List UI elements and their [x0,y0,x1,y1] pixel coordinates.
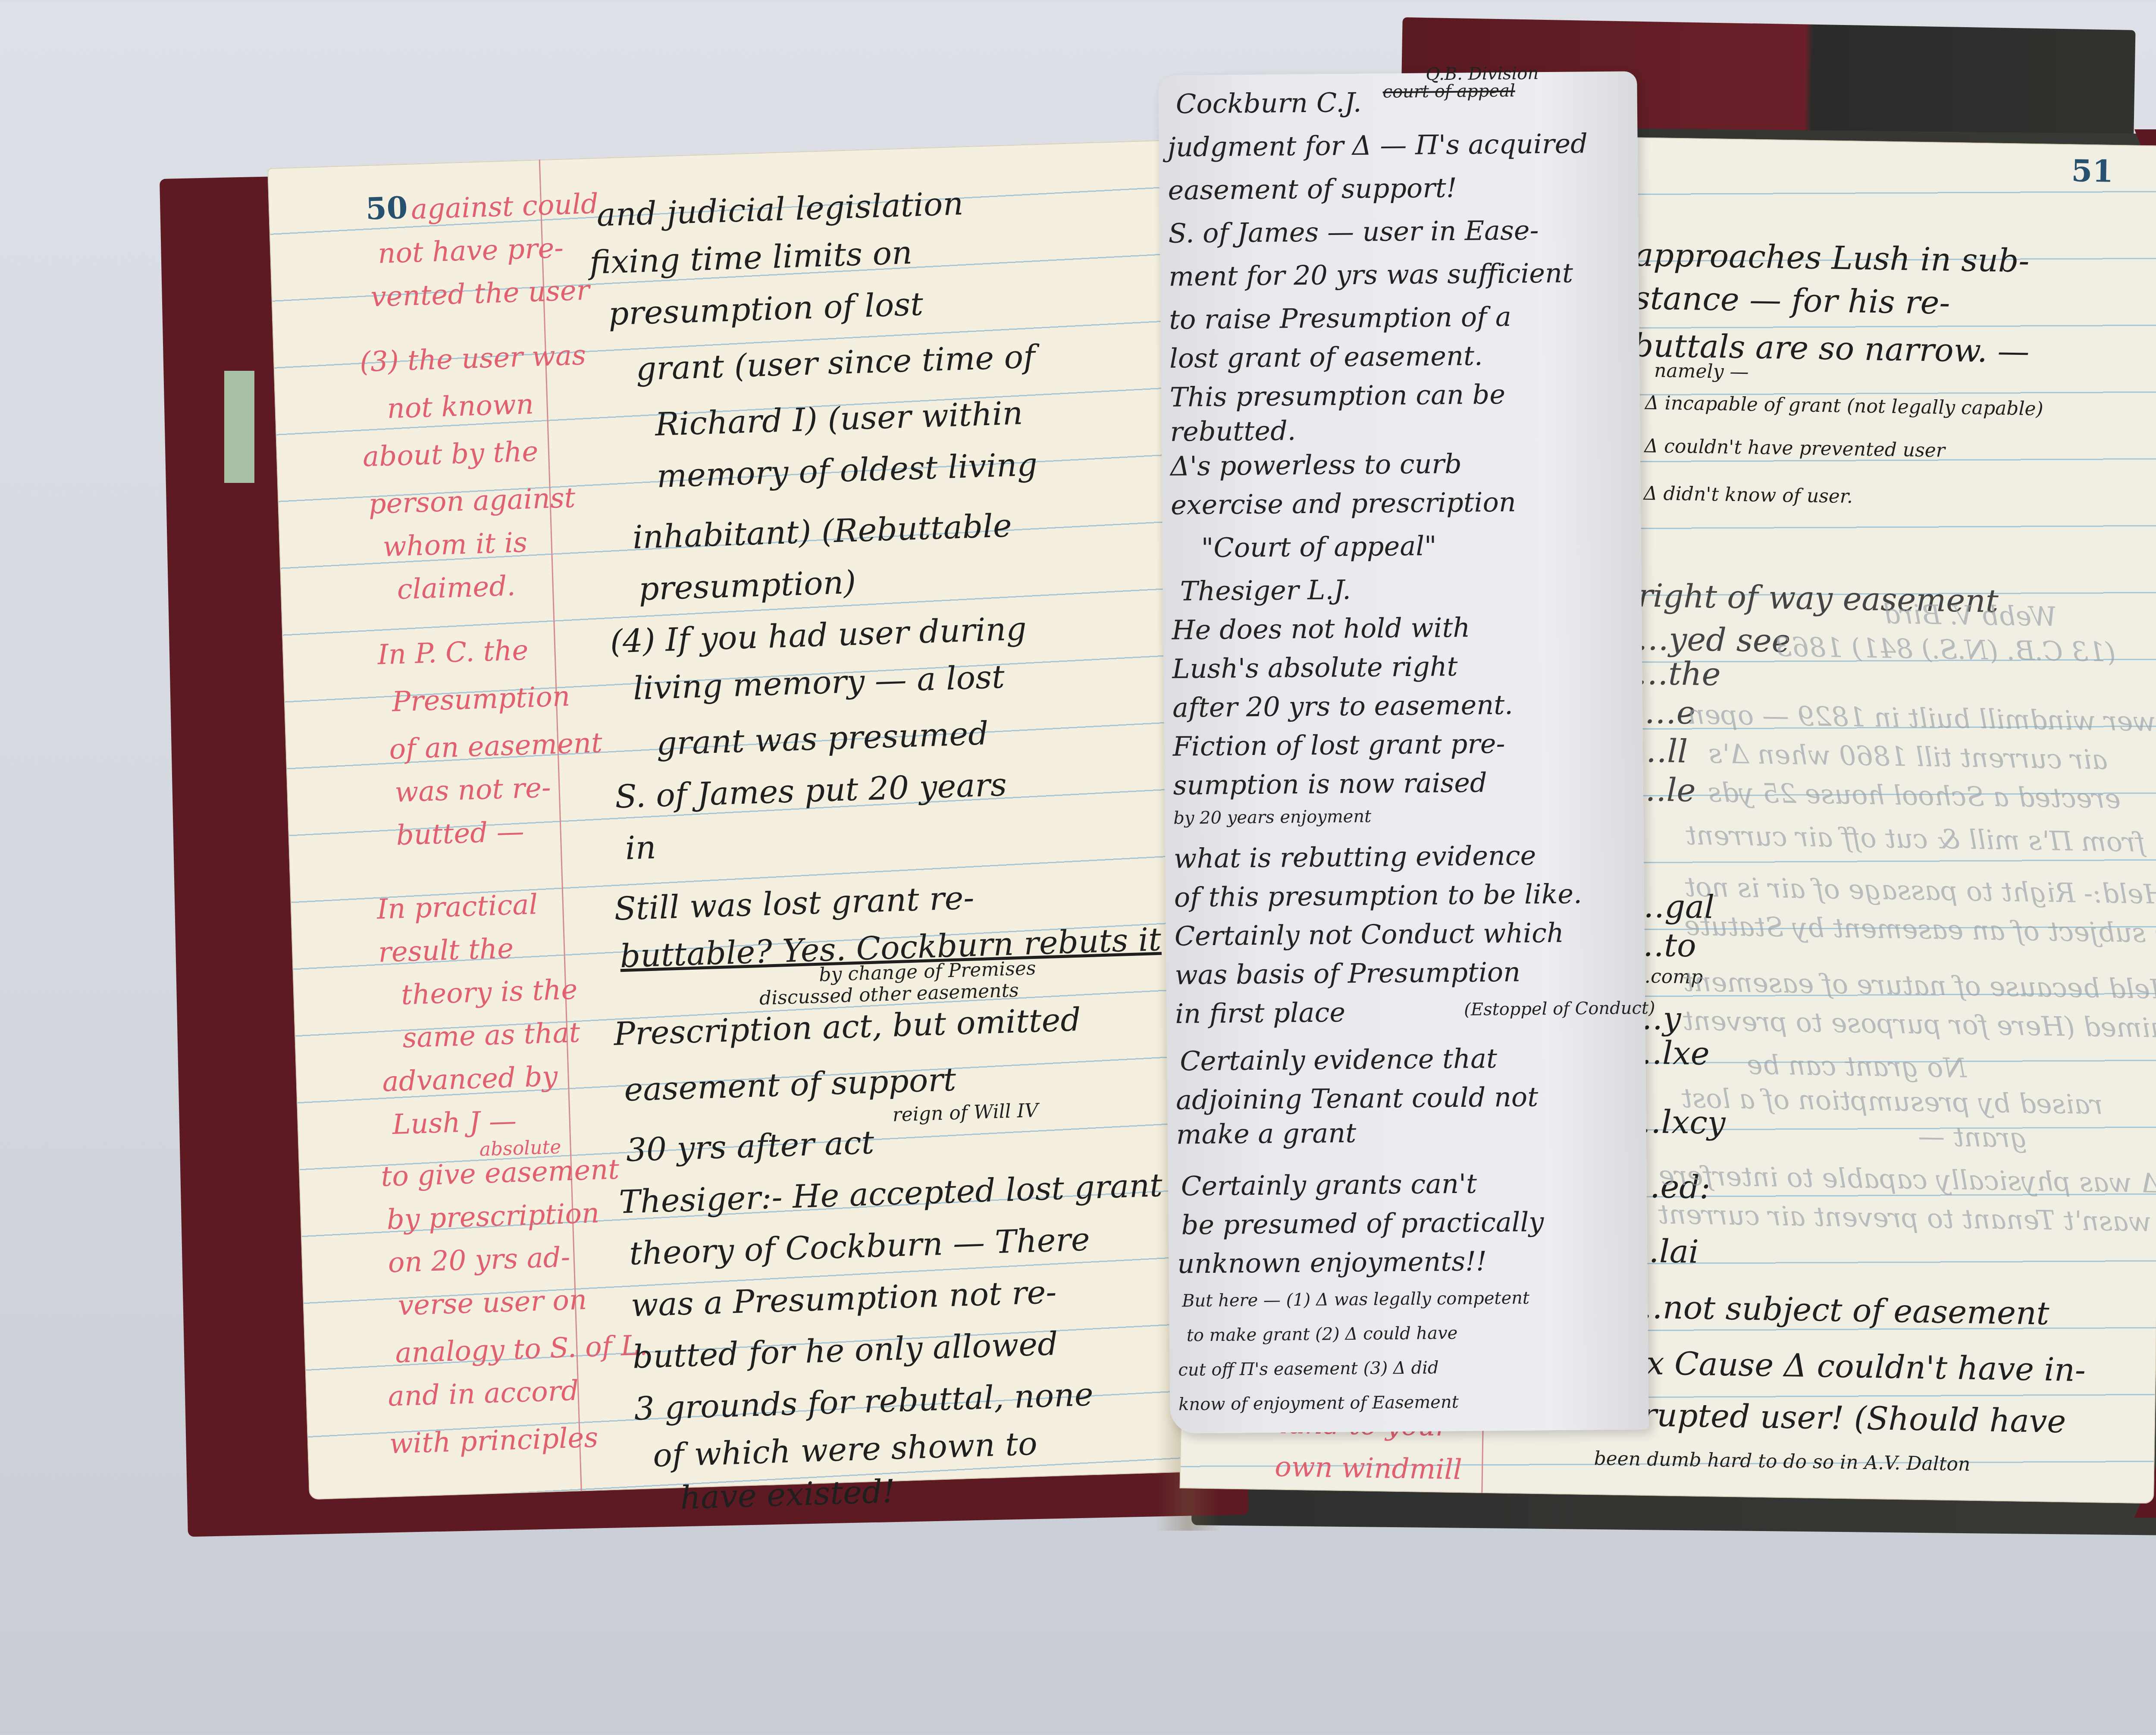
margin-note: (3) the user was [359,339,586,378]
margin-note: result the [378,933,514,969]
slip-line: after 20 yrs to easement. [1172,689,1513,723]
slip-line: lost grant of easement. [1169,340,1483,374]
body-line: presumption of lost [608,285,924,332]
slip-line: He does not hold with [1172,612,1470,646]
slip-line: Certainly not Conduct which [1174,917,1564,952]
body-line: …ex Cause Δ couldn't have in- [1595,1344,2086,1389]
body-line: in [625,829,657,867]
bleed-through-text: Held because of nature of easement [1683,966,2156,1005]
slip-line: But here — (1) Δ was legally competent [1182,1288,1529,1311]
margin-note: Lush J — [392,1105,517,1141]
margin-note: butted — [396,816,525,852]
margin-note: Presumption [392,681,570,718]
slip-line: "Court of appeal" [1201,530,1437,564]
body-line: grant (user since time of [636,338,1036,388]
slip-line: easement of support! [1168,172,1457,206]
margin-note: person against [368,482,576,520]
slip-line: This presumption can be [1169,379,1505,413]
bleed-through-text: erected a School house 25 yds [1708,777,2121,814]
margin-note: against could [411,188,599,226]
body-line: stance — for his re- [1633,279,1950,322]
page-50: 50 against could not have pre- vented th… [267,139,1227,1500]
slip-line: exercise and prescription [1171,486,1516,521]
body-line: Δ couldn't have prevented user [1644,435,1945,462]
margin-note: to give easement [380,1154,620,1193]
margin-note: not have pre- [377,232,564,270]
body-line: Still was lost grant re- [614,879,975,927]
slip-line: judgment for Δ — Π's acquired [1167,128,1588,163]
body-line: approaches Lush in sub- [1634,236,2030,279]
slip-line: (Estoppel of Conduct) [1464,998,1655,1020]
margin-note: was not re- [394,772,551,808]
slip-line: Fiction of lost grant pre- [1173,728,1505,762]
bleed-through-text: claimed (Here for purpose to prevent [1683,1005,2156,1044]
body-line: 3 grounds for rebuttal, none [633,1376,1094,1427]
slip-line: was basis of Presumption [1175,956,1520,991]
body-line: butted for he only allowed [632,1325,1059,1376]
slip-line: Certainly evidence that [1180,1043,1497,1077]
body-line: …not subject of easement [1630,1288,2049,1332]
bleed-through-text: the subject of an easement by Statute [1684,910,2156,949]
body-line: fixing time limits on [589,234,913,281]
body-line: memory of oldest living [656,446,1038,495]
body-line: S. of James put 20 years [614,766,1007,816]
slip-line: cut off Π's easement (3) Δ did [1178,1358,1438,1380]
slip-line: unknown enjoyments!! [1177,1245,1487,1279]
margin-note: In practical [376,889,538,926]
body-line: Prescription act, but omitted [613,1001,1081,1053]
bleed-through-text: Webb V. Bird [1883,598,2057,632]
margin-note: analogy to S. of L. [395,1330,648,1369]
margin-note: and in accord [387,1375,579,1413]
slip-line: Δ's powerless to curb [1170,448,1462,482]
body-line: easement of support [624,1061,956,1109]
body-line: and judicial legislation [596,185,964,234]
body-line: presumption) [638,564,857,608]
margin-note: verse user on [398,1284,587,1322]
slip-line: S. of James — user in Ease- [1168,214,1539,249]
margin-note: vented the user [370,275,590,313]
bleed-through-text: No grant can be [1746,1049,1967,1084]
margin-note: same as that [402,1017,580,1054]
slip-line: make a grant [1176,1117,1356,1150]
body-line: Δ incapable of grant (not legally capabl… [1645,392,2043,420]
slip-line: Q.B. Division [1426,63,1539,84]
body-line: theory of Cockburn — There [629,1221,1091,1272]
body-line: have existed! [680,1473,896,1517]
bleed-through-text: from Π's mill & cut off air current [1686,819,2146,858]
body-line: been dumb hard to do so in A.V. Dalton [1594,1447,1971,1475]
slip-line: what is rebutting evidence [1174,839,1536,874]
bleed-through-text: raised by presumption of a lost [1681,1082,2103,1120]
slip-line: Cockburn C.J. [1176,87,1362,120]
body-line: was a Presumption not re- [630,1274,1057,1324]
slip-line: of this presumption to be like. [1174,878,1582,913]
slip-line: know of enjoyment of Easement [1178,1392,1459,1415]
margin-note: theory is the [401,974,578,1011]
bleed-through-text: Tower windmill built in 1829 — open [1687,698,2156,738]
slip-line: to make grant (2) Δ could have [1187,1323,1458,1345]
margin-note: own windmill [1275,1451,1463,1486]
slip-line: Thesiger L.J. [1180,574,1351,607]
body-line-fragment: …yed see [1637,620,1791,660]
margin-note: on 20 yrs ad- [388,1241,571,1279]
bleed-through-text: grant — [1918,1121,2028,1154]
body-line-fragment: …the [1636,655,1721,693]
body-line: inhabitant) (Rebuttable [632,507,1012,556]
slip-line: ment for 20 yrs was sufficient [1169,257,1573,292]
bleed-through-text: air current till 1860 when Δ's [1708,738,2108,776]
margin-note: about by the [362,436,539,473]
page-tab [224,371,254,483]
tipped-in-slip[interactable]: Cockburn C.J. court of appeal Q.B. Divis… [1158,71,1648,1434]
bleed-through-text: Held:- Right to passage of air is not [1685,871,2156,910]
body-line: 30 yrs after act [626,1124,875,1169]
body-line: namely — [1654,360,1749,383]
body-line: Thesiger:- He accepted lost grant [618,1167,1163,1221]
slip-line: to raise Presumption of a [1169,301,1511,335]
margin-note: not known [387,388,535,425]
interlinear-note: reign of Will IV [892,1099,1039,1126]
page-number: 51 [2071,153,2114,189]
bleed-through-text: (13 C.B. (N.S.) 841) 1863 [1775,631,2116,668]
body-line: of which were shown to [652,1425,1038,1474]
slip-line: be presumed of practically [1181,1206,1544,1240]
margin-note: In P. C. the [377,635,529,671]
margin-note: claimed. [397,570,516,606]
slip-line: by 20 years enjoyment [1173,807,1371,828]
margin-note: whom it is [382,527,528,563]
bleed-through-text: Δ was physically capable to interfere [1658,1159,2156,1199]
body-line-fragment: …le [1634,771,1696,809]
margin-note: advanced by [382,1061,558,1098]
slip-line: Certainly grants can't [1181,1168,1477,1202]
margin-note: of an easement [389,727,603,765]
body-line: Δ didn't know of user. [1643,482,1853,508]
slip-line: in first place [1175,996,1345,1029]
body-line: grant was presumed [656,715,989,762]
margin-note: with principles [389,1422,599,1460]
slip-line: rebutted. [1170,415,1296,448]
slip-line: Lush's absolute right [1172,651,1458,685]
slip-line: adjoining Tenant could not [1176,1081,1539,1115]
bleed-through-text: Δ wasn't Tenant to prevent air current [1658,1198,2156,1238]
body-line: living memory — a lost [633,658,1005,707]
body-line: Richard I) (user within [655,395,1024,443]
body-line: (4) If you had user during [610,610,1027,660]
body-line: terrupted user! (Should have [1595,1396,2066,1440]
margin-note: by prescription [386,1197,600,1236]
page-number: 50 [365,190,408,227]
slip-line: sumption is now raised [1173,767,1487,801]
